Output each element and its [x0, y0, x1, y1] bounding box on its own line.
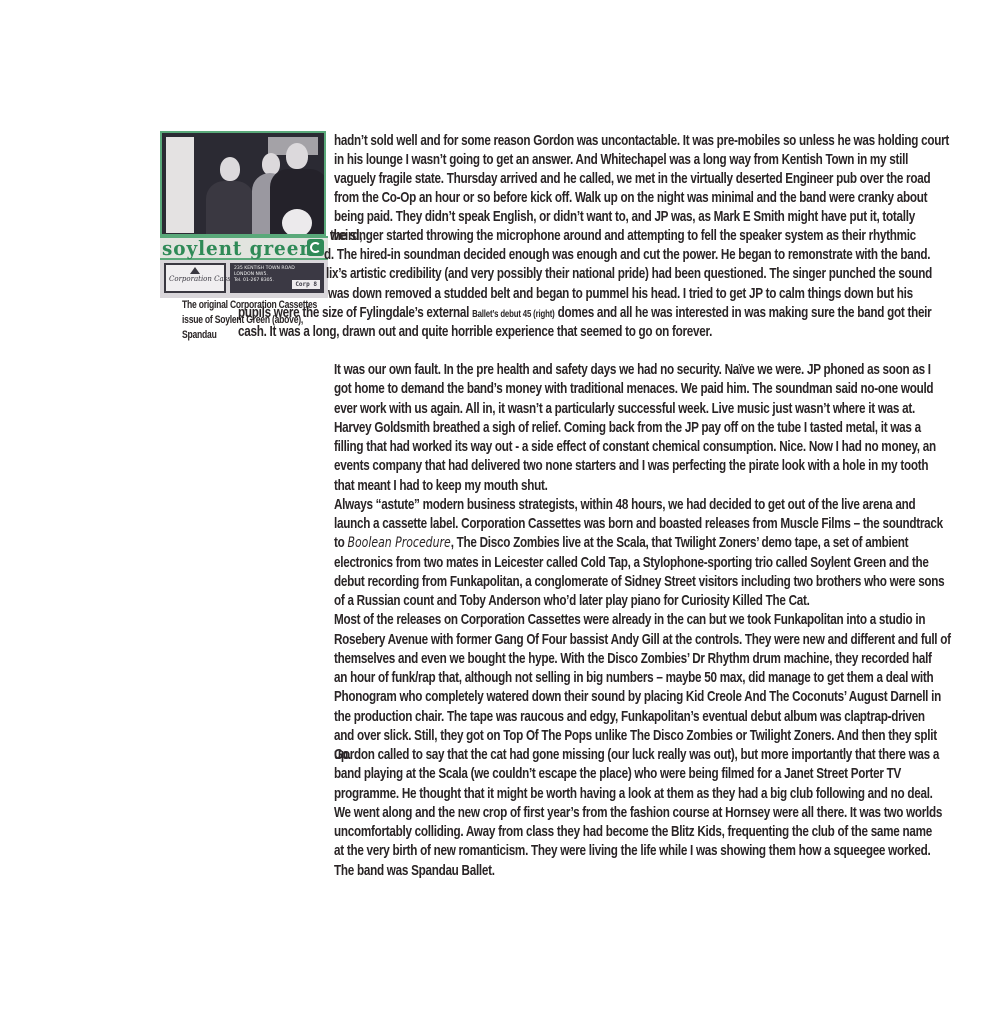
text-line: from the Co-Op an hour or so before kick…	[334, 188, 927, 207]
text-line: Always “astute” modern business strategi…	[334, 495, 915, 514]
inline-caption-fragment: Ballet’s debut 45 (right)	[472, 309, 554, 320]
text-line: programme. He thought that it might be w…	[334, 784, 933, 803]
text-line: filling that had worked its way out - a …	[334, 437, 936, 456]
soylent-green-cassette-cover: soylent green Corporation Cassettes 235 …	[160, 131, 328, 299]
text-line: Rosebery Avenue with former Gang Of Four…	[334, 630, 951, 649]
text-line: uncomfortably colliding. Away from class…	[334, 822, 932, 841]
text-line: pupils were the size of Fylingdale’s ext…	[238, 303, 931, 324]
text-line: Most of the releases on Corporation Cass…	[334, 610, 925, 629]
text-line: the singer started throwing the micropho…	[330, 226, 916, 245]
text-line: cash. It was a long, drawn out and quite…	[238, 322, 712, 341]
text-line: vaguely fragile state. Thursday arrived …	[334, 169, 930, 188]
ball	[282, 209, 312, 236]
text-line: of a Russian count and Toby Anderson who…	[334, 591, 810, 610]
cover-title-band: soylent green	[160, 236, 328, 260]
label-address-block: 235 KENTISH TOWN ROAD LONDON NW5. Tel. 0…	[230, 263, 324, 293]
text-line: band playing at the Scala (we couldn’t e…	[334, 764, 901, 783]
text-line: lix’s artistic credibility (and very pos…	[326, 264, 932, 283]
text-line: events company that had delivered two no…	[334, 456, 928, 475]
text-line: to Boolean Procedure, The Disco Zombies …	[334, 533, 908, 553]
catalogue-number: Corp 8	[292, 280, 320, 289]
text-line: was down removed a studded belt and bega…	[328, 284, 913, 303]
text-line: Gordon called to say that the cat had go…	[334, 745, 939, 764]
text-line: hadn’t sold well and for some reason Gor…	[334, 131, 949, 150]
text-line: Harvey Goldsmith breathed a sigh of reli…	[334, 418, 921, 437]
text-line: that meant I had to keep my mouth shut.	[334, 476, 548, 495]
text-line: launch a cassette label. Corporation Cas…	[334, 514, 943, 533]
copyright-logo-icon	[307, 239, 324, 256]
text-line: themselves and even we bought the hype. …	[334, 649, 932, 668]
text-line: The band was Spandau Ballet.	[334, 861, 495, 880]
text-line: and over slick. Still, they got on Top O…	[334, 726, 937, 745]
label-logo: Corporation Cassettes	[164, 263, 226, 293]
text-line: It was our own fault. In the pre health …	[334, 360, 931, 379]
figure-caption-line-3: Spandau	[182, 328, 217, 344]
text-line: an hour of funk/rap that, although not s…	[334, 668, 933, 687]
band-member-head	[220, 157, 240, 181]
text-line: Phonogram who completely watered down th…	[334, 687, 941, 706]
cassette-label: Corporation Cassettes 235 KENTISH TOWN R…	[160, 260, 328, 298]
triangle-logo-icon	[190, 267, 200, 274]
label-address: 235 KENTISH TOWN ROAD LONDON NW5. Tel. 0…	[234, 266, 295, 285]
band-photo	[160, 131, 326, 236]
cover-title: soylent green	[162, 236, 314, 260]
text-line: got home to demand the band’s money with…	[334, 379, 933, 398]
text-line: We went along and the new crop of first …	[334, 803, 942, 822]
text-line: electronics from two mates in Leicester …	[334, 553, 929, 572]
text-line: being paid. They didn’t speak English, o…	[334, 207, 915, 226]
text-line: debut recording from Funkapolitan, a con…	[334, 572, 944, 591]
text-line: at the very birth of new romanticism. Th…	[334, 841, 930, 860]
text-line: in his lounge I wasn’t going to get an a…	[334, 150, 908, 169]
text-line: d. The hired-in soundman decided enough …	[324, 245, 930, 264]
band-member-head	[286, 143, 308, 169]
text-line: ever work with us again. All in, it wasn…	[334, 399, 915, 418]
text-line: the production chair. The tape was rauco…	[334, 707, 925, 726]
italic-title: Boolean Procedure	[347, 535, 450, 551]
